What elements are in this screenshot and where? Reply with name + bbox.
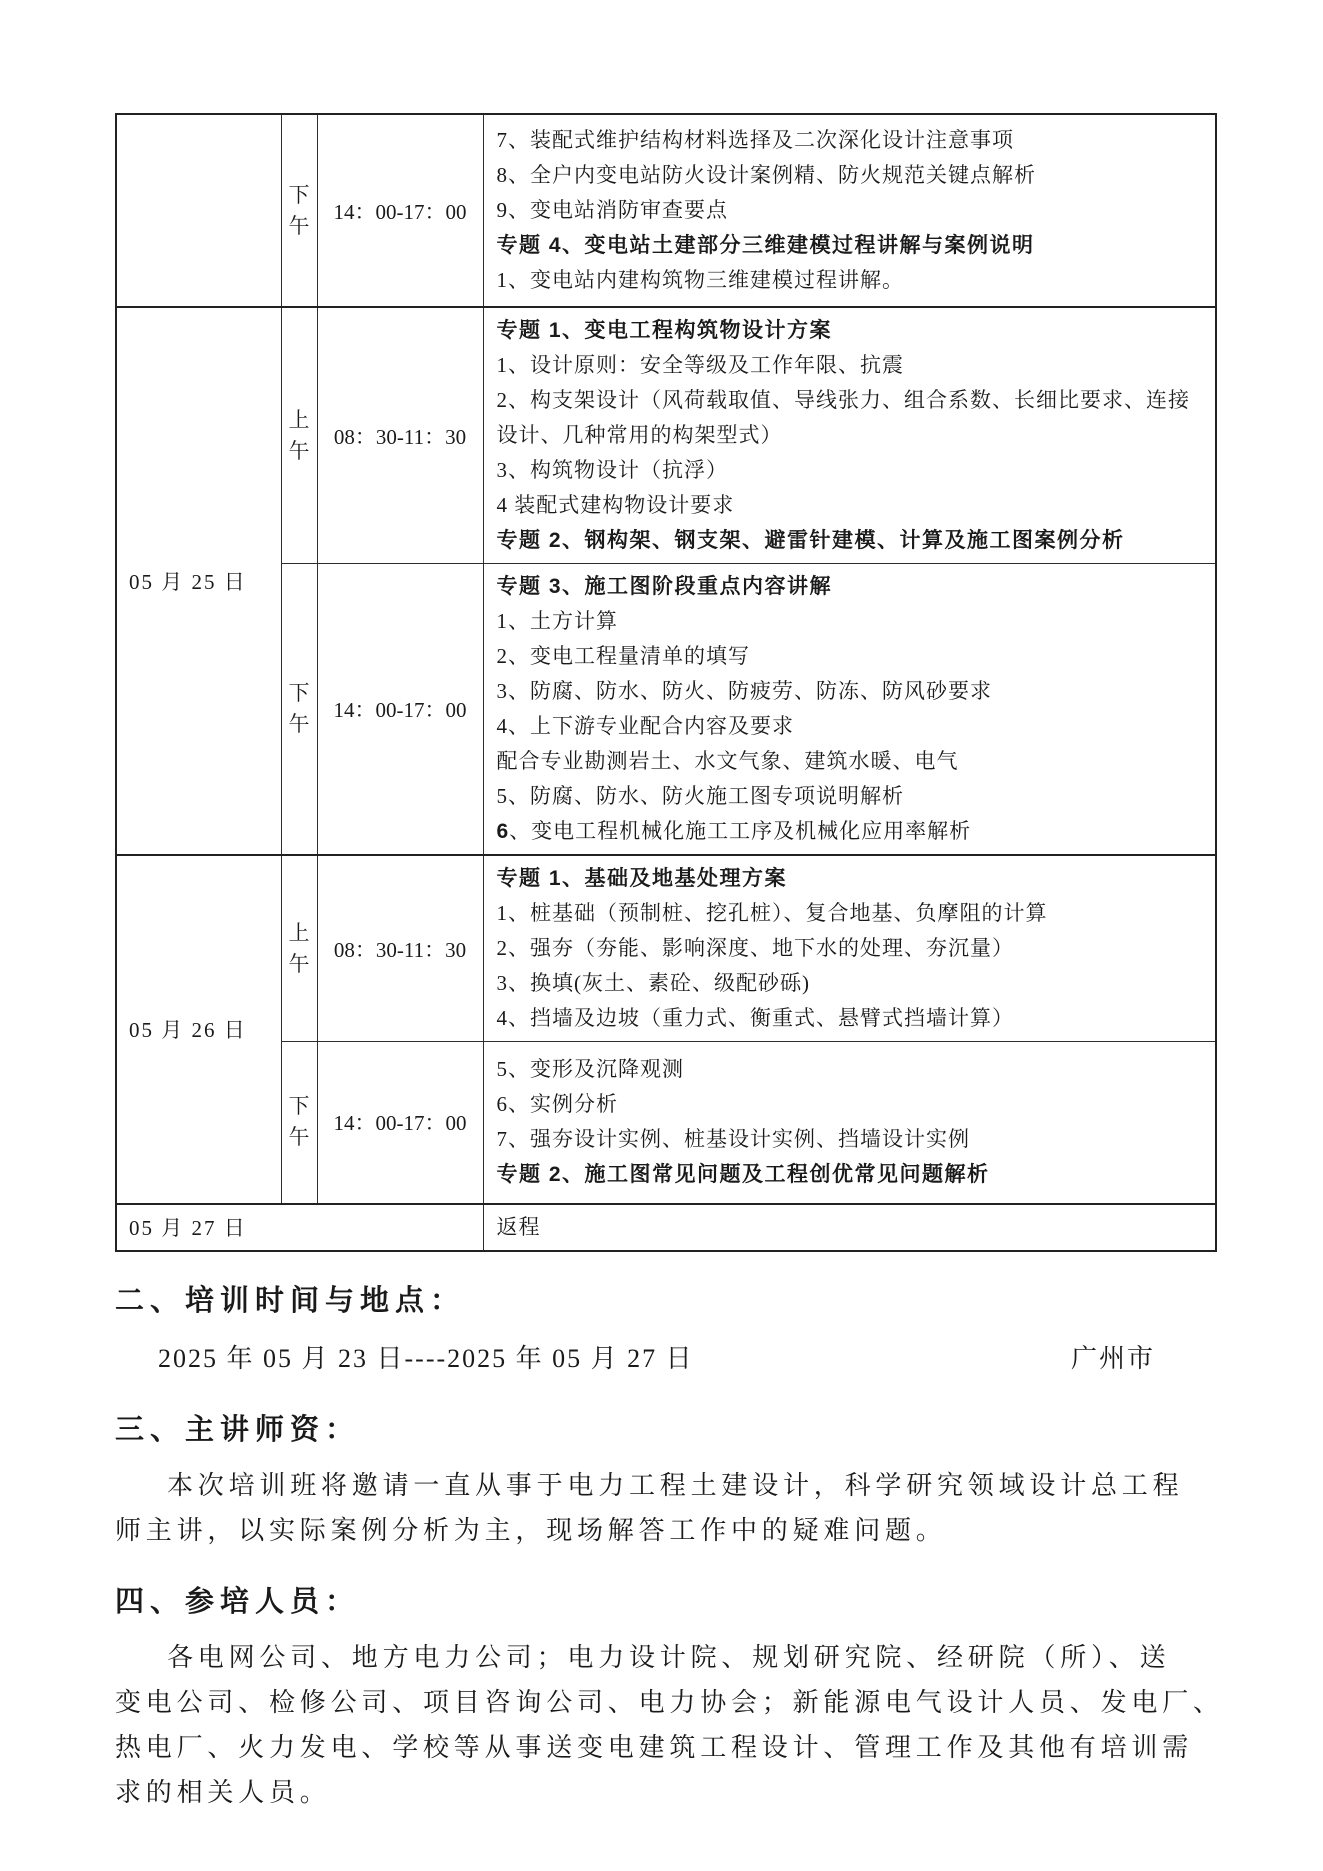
content-line: 专题 2、施工图常见问题及工程创优常见问题解析 <box>497 1157 1208 1192</box>
time-cell: 14：00-17：00 <box>317 564 483 856</box>
content-line: 5、防腐、防水、防火施工图专项说明解析 <box>497 779 1208 814</box>
content-cell: 专题 3、施工图阶段重点内容讲解1、土方计算2、变电工程量清单的填写3、防腐、防… <box>483 564 1216 856</box>
content-line: 9、变电站消防审查要点 <box>497 193 1208 228</box>
content-line: 配合专业勘测岩土、水文气象、建筑水暖、电气 <box>497 744 1208 779</box>
content-line: 6、实例分析 <box>497 1087 1208 1122</box>
content-line: 5、变形及沉降观测 <box>497 1052 1208 1087</box>
time-cell: 08：30-11：30 <box>317 307 483 564</box>
content-line: 7、强夯设计实例、桩基设计实例、挡墙设计实例 <box>497 1122 1208 1157</box>
content-line: 3、换填(灰土、素砼、级配砂砾) <box>497 966 1208 1001</box>
content-line: 专题 3、施工图阶段重点内容讲解 <box>497 569 1208 604</box>
table-row: 05 月 27 日返程 <box>116 1204 1216 1251</box>
table-row: 05 月 25 日上 午08：30-11：30专题 1、变电工程构筑物设计方案1… <box>116 307 1216 564</box>
content-line: 专题 2、钢构架、钢支架、避雷针建模、计算及施工图案例分析 <box>497 523 1208 558</box>
content-cell: 7、装配式维护结构材料选择及二次深化设计注意事项8、全户内变电站防火设计案例精、… <box>483 114 1216 307</box>
content-line: 2、变电工程量清单的填写 <box>497 639 1208 674</box>
content-line: 1、土方计算 <box>497 604 1208 639</box>
date-cell: 05 月 27 日 <box>116 1204 483 1251</box>
content-line: 7、装配式维护结构材料选择及二次深化设计注意事项 <box>497 123 1208 158</box>
training-city: 广州市 <box>1071 1336 1155 1381</box>
content-line: 返程 <box>497 1210 1208 1245</box>
document-page: 下 午14：00-17：007、装配式维护结构材料选择及二次深化设计注意事项8、… <box>0 0 1323 1815</box>
content-line: 6、变电工程机械化施工工序及机械化应用率解析 <box>497 814 1208 849</box>
training-dates: 2025 年 05 月 23 日----2025 年 05 月 27 日 <box>115 1336 694 1381</box>
session-cell: 上 午 <box>281 855 317 1042</box>
content-line: 专题 1、基础及地基处理方案 <box>497 861 1208 896</box>
time-cell: 14：00-17：00 <box>317 114 483 307</box>
section-heading-time-location: 二、培训时间与地点： <box>115 1278 1323 1324</box>
content-line: 4、上下游专业配合内容及要求 <box>497 709 1208 744</box>
session-cell: 下 午 <box>281 114 317 307</box>
lecturers-paragraph: 本次培训班将邀请一直从事于电力工程土建设计，科学研究领域设计总工程 师主讲，以实… <box>115 1463 1240 1553</box>
content-line: 4、挡墙及边坡（重力式、衡重式、悬臂式挡墙计算） <box>497 1001 1208 1036</box>
section-heading-lecturers: 三、主讲师资： <box>115 1407 1323 1453</box>
time-cell: 14：00-17：00 <box>317 1042 483 1204</box>
content-line: 专题 1、变电工程构筑物设计方案 <box>497 313 1208 348</box>
content-cell: 专题 1、变电工程构筑物设计方案1、设计原则：安全等级及工作年限、抗震2、构支架… <box>483 307 1216 564</box>
content-line: 2、构支架设计（风荷载取值、导线张力、组合系数、长细比要求、连接设计、几种常用的… <box>497 383 1208 453</box>
table-row: 下 午14：00-17：00专题 3、施工图阶段重点内容讲解1、土方计算2、变电… <box>116 564 1216 856</box>
table-row: 下 午14：00-17：005、变形及沉降观测6、实例分析7、强夯设计实例、桩基… <box>116 1042 1216 1204</box>
content-line: 2、强夯（夯能、影响深度、地下水的处理、夯沉量） <box>497 931 1208 966</box>
content-line: 8、全户内变电站防火设计案例精、防火规范关键点解析 <box>497 158 1208 193</box>
date-cell: 05 月 26 日 <box>116 855 281 1204</box>
participants-paragraph: 各电网公司、地方电力公司；电力设计院、规划研究院、经研院（所）、送 变电公司、检… <box>115 1635 1240 1815</box>
time-cell: 08：30-11：30 <box>317 855 483 1042</box>
content-line: 3、构筑物设计（抗浮） <box>497 453 1208 488</box>
date-cell <box>116 114 281 307</box>
table-row: 下 午14：00-17：007、装配式维护结构材料选择及二次深化设计注意事项8、… <box>116 114 1216 307</box>
content-cell: 专题 1、基础及地基处理方案1、桩基础（预制桩、挖孔桩）、复合地基、负摩阻的计算… <box>483 855 1216 1042</box>
training-date-row: 2025 年 05 月 23 日----2025 年 05 月 27 日 广州市 <box>115 1336 1155 1381</box>
session-cell: 上 午 <box>281 307 317 564</box>
content-line: 专题 4、变电站土建部分三维建模过程讲解与案例说明 <box>497 228 1208 263</box>
content-cell: 返程 <box>483 1204 1216 1251</box>
table-row: 05 月 26 日上 午08：30-11：30专题 1、基础及地基处理方案1、桩… <box>116 855 1216 1042</box>
session-cell: 下 午 <box>281 1042 317 1204</box>
schedule-table: 下 午14：00-17：007、装配式维护结构材料选择及二次深化设计注意事项8、… <box>115 113 1217 1252</box>
content-line: 1、桩基础（预制桩、挖孔桩）、复合地基、负摩阻的计算 <box>497 896 1208 931</box>
section-heading-participants: 四、参培人员： <box>115 1579 1323 1625</box>
content-cell: 5、变形及沉降观测6、实例分析7、强夯设计实例、桩基设计实例、挡墙设计实例专题 … <box>483 1042 1216 1204</box>
content-line: 4 装配式建构物设计要求 <box>497 488 1208 523</box>
session-cell: 下 午 <box>281 564 317 856</box>
content-line: 3、防腐、防水、防火、防疲劳、防冻、防风砂要求 <box>497 674 1208 709</box>
content-line: 1、设计原则：安全等级及工作年限、抗震 <box>497 348 1208 383</box>
date-cell: 05 月 25 日 <box>116 307 281 855</box>
content-line: 1、变电站内建构筑物三维建模过程讲解。 <box>497 263 1208 298</box>
